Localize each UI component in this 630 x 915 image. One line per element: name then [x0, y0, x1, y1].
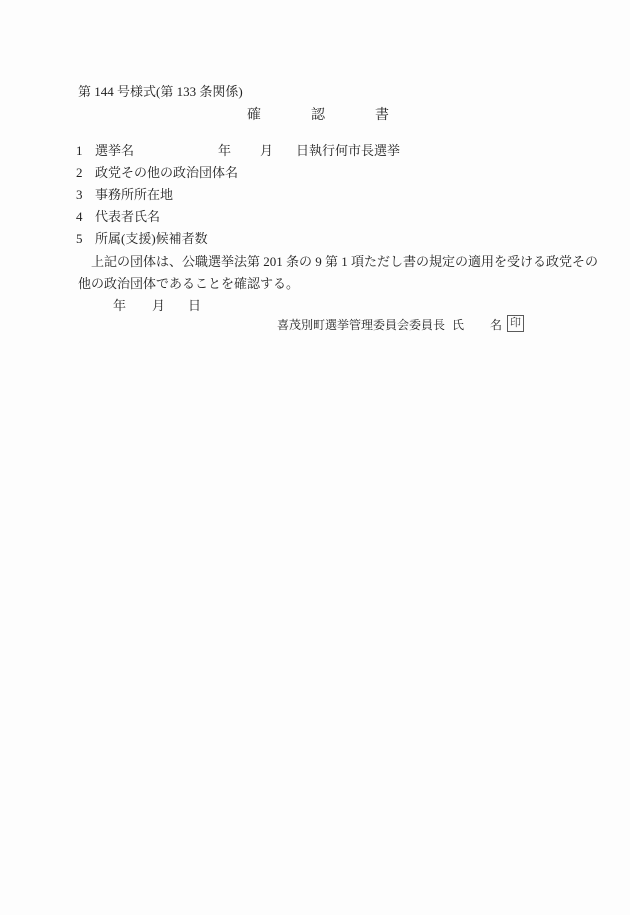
- list-item-political-party-name: 2政党その他の政治団体名: [76, 165, 238, 182]
- list-item-candidate-count: 5所属(支援)候補者数: [76, 231, 208, 248]
- body-paragraph-line2: 他の政治団体であることを確認する。: [78, 276, 299, 293]
- body-paragraph-line1: 上記の団体は、公職選挙法第 201 条の 9 第 1 項ただし書の規定の適用を受…: [91, 254, 598, 271]
- election-month-label: 月: [260, 143, 273, 159]
- item-number: 2: [76, 165, 95, 181]
- item-number: 3: [76, 187, 95, 203]
- name-mei-label: 名: [490, 318, 502, 332]
- item-label: 選挙名: [95, 143, 134, 158]
- item-label: 事務所所在地: [95, 187, 173, 202]
- list-item-representative-name: 4代表者氏名: [76, 209, 160, 226]
- name-shi-label: 氏: [452, 318, 464, 332]
- item-label: 代表者氏名: [95, 209, 160, 224]
- election-year-label: 年: [218, 143, 231, 159]
- committee-chair-label: 喜茂別町選挙管理委員会委員長: [277, 318, 445, 332]
- item-number: 4: [76, 209, 95, 225]
- item-label: 政党その他の政治団体名: [95, 165, 238, 180]
- seal-box: 印: [507, 315, 524, 332]
- list-item-office-address: 3事務所所在地: [76, 187, 173, 204]
- page-title: 確認書: [247, 108, 439, 125]
- form-number: 第 144 号様式(第 133 条関係): [78, 84, 243, 101]
- item-number: 5: [76, 231, 95, 247]
- item-number: 1: [76, 143, 95, 159]
- election-day-label: 日執行何市長選挙: [296, 143, 400, 159]
- item-label: 所属(支援)候補者数: [95, 231, 208, 246]
- list-item-election-name: 1選挙名 年 月 日執行何市長選挙: [76, 143, 134, 160]
- confirmation-form-page: 第 144 号様式(第 133 条関係) 確認書 1選挙名 年 月 日執行何市長…: [0, 0, 630, 915]
- issue-day-label: 日: [188, 298, 201, 314]
- issue-month-label: 月: [152, 298, 165, 314]
- issue-year-label: 年: [113, 298, 126, 314]
